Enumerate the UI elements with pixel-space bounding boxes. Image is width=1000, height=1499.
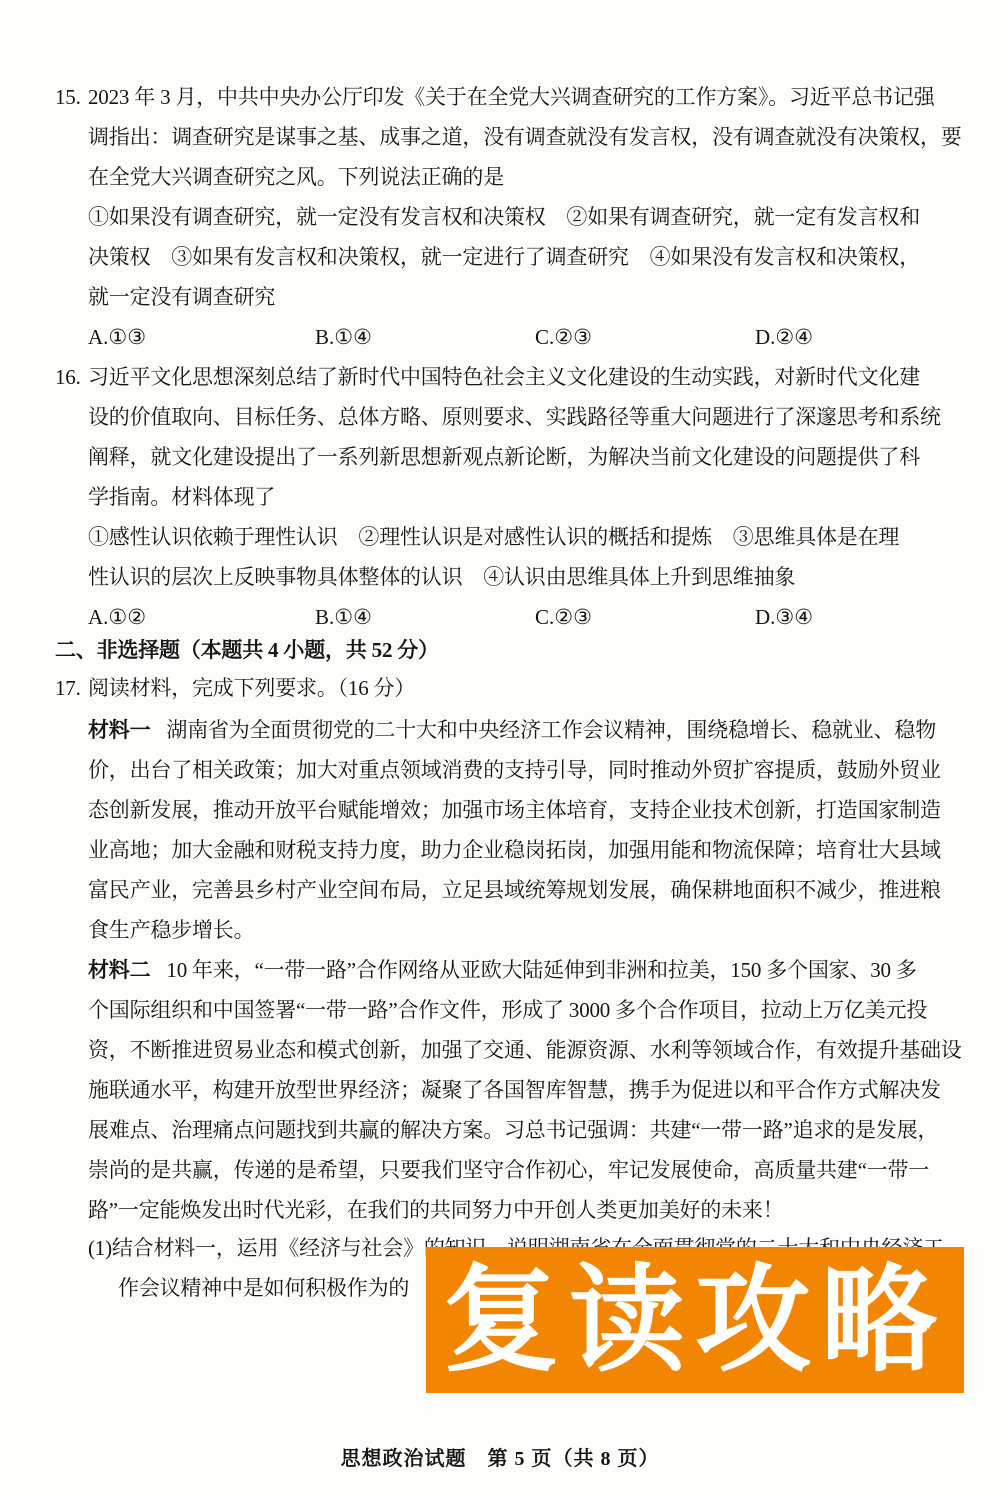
- material-2-line: 个国际组织和中国签署“一带一路”合作文件，形成了 3000 多个合作项目，拉动上…: [88, 990, 965, 1030]
- material-1-line: 富民产业，完善县乡村产业空间布局，立足县域统筹规划发展，确保耕地面积不减少，推进…: [88, 870, 965, 910]
- watermark-text: 复读攻略: [443, 1247, 947, 1393]
- material-2-line: 资，不断推进贸易业态和模式创新，加强了交通、能源资源、水利等领域合作，有效提升基…: [88, 1030, 965, 1070]
- material-2-label: 材料二: [88, 958, 150, 982]
- material-1-line: 价，出台了相关政策；加大对重点领域消费的支持引导，同时推动外贸扩容提质，鼓励外贸…: [88, 750, 965, 790]
- question-15-line: ①如果没有调查研究，就一定没有发言权和决策权 ②如果有调查研究，就一定有发言权和: [55, 197, 965, 237]
- question-17-intro-block: 17.阅读材料，完成下列要求。（16 分）: [55, 668, 965, 708]
- question-16-line: 阐释，就文化建设提出了一系列新思想新观点新论断，为解决当前文化建设的问题提供了科: [55, 437, 965, 477]
- question-15-line: 调指出：调查研究是谋事之基、成事之道，没有调查就没有发言权，没有调查就没有决策权…: [55, 117, 965, 157]
- material-2-line: 材料二10 年来，“一带一路”合作网络从亚欧大陆延伸到非洲和拉美，150 多个国…: [88, 950, 965, 990]
- material-1-line: 食生产稳步增长。: [88, 910, 965, 950]
- question-15-options: A.①③ B.①④ C.②③ D.②④: [55, 317, 965, 357]
- question-15-text: 2023 年 3 月，中共中央办公厅印发《关于在全党大兴调查研究的工作方案》。习…: [88, 85, 935, 109]
- question-15-option-c: C.②③: [535, 317, 592, 357]
- question-16-line: 16.习近平文化思想深刻总结了新时代中国特色社会主义文化建设的生动实践，对新时代…: [55, 357, 965, 397]
- question-15-option-d: D.②④: [755, 317, 813, 357]
- watermark-overlay: 复读攻略: [426, 1247, 964, 1393]
- material-1-label: 材料一: [88, 718, 150, 742]
- question-16-line: ①感性认识依赖于理性认识 ②理性认识是对感性认识的概括和提炼 ③思维具体是在理: [55, 517, 965, 557]
- material-2-line: 展难点、治理痛点问题找到共赢的解决方案。习总书记强调：共建“一带一路”追求的是发…: [88, 1110, 965, 1150]
- question-16: 16.习近平文化思想深刻总结了新时代中国特色社会主义文化建设的生动实践，对新时代…: [55, 357, 965, 637]
- question-15-line: 就一定没有调查研究: [55, 277, 965, 317]
- page-footer: 思想政治试题 第 5 页（共 8 页）: [0, 1442, 1000, 1471]
- question-17-intro: 阅读材料，完成下列要求。（16 分）: [88, 676, 415, 700]
- question-15-line: 15.2023 年 3 月，中共中央办公厅印发《关于在全党大兴调查研究的工作方案…: [55, 77, 965, 117]
- question-16-number: 16.: [55, 357, 88, 397]
- section-2-heading: 二、非选择题（本题共 4 小题，共 52 分）: [55, 630, 965, 670]
- material-1-text: 湖南省为全面贯彻党的二十大和中央经济工作会议精神，围绕稳增长、稳就业、稳物: [166, 718, 936, 742]
- material-1-line: 材料一湖南省为全面贯彻党的二十大和中央经济工作会议精神，围绕稳增长、稳就业、稳物: [88, 710, 965, 750]
- exam-paper-page: 15.2023 年 3 月，中共中央办公厅印发《关于在全党大兴调查研究的工作方案…: [0, 0, 1000, 1499]
- material-2-line: 路”一定能焕发出时代光彩，在我们的共同努力中开创人类更加美好的未来！: [88, 1190, 965, 1230]
- question-17-number: 17.: [55, 668, 88, 708]
- material-1-line: 态创新发展，推动开放平台赋能增效；加强市场主体培育，支持企业技术创新，打造国家制…: [88, 790, 965, 830]
- question-15-line: 在全党大兴调查研究之风。下列说法正确的是: [55, 157, 965, 197]
- question-15-option-a: A.①③: [88, 317, 146, 357]
- material-2-line: 崇尚的是共赢，传递的是希望，只要我们坚守合作初心，牢记发展使命，高质量共建“一带…: [88, 1150, 965, 1190]
- section-2-heading-block: 二、非选择题（本题共 4 小题，共 52 分）: [55, 630, 965, 670]
- question-15: 15.2023 年 3 月，中共中央办公厅印发《关于在全党大兴调查研究的工作方案…: [55, 77, 965, 357]
- question-16-line: 学指南。材料体现了: [55, 477, 965, 517]
- material-2: 材料二10 年来，“一带一路”合作网络从亚欧大陆延伸到非洲和拉美，150 多个国…: [88, 950, 965, 1230]
- material-1-line: 业高地；加大金融和财税支持力度，助力企业稳岗拓岗，加强用能和物流保障；培育壮大县…: [88, 830, 965, 870]
- material-1: 材料一湖南省为全面贯彻党的二十大和中央经济工作会议精神，围绕稳增长、稳就业、稳物…: [88, 710, 965, 950]
- question-16-line: 设的价值取向、目标任务、总体方略、原则要求、实践路径等重大问题进行了深邃思考和系…: [55, 397, 965, 437]
- question-16-text: 习近平文化思想深刻总结了新时代中国特色社会主义文化建设的生动实践，对新时代文化建: [88, 365, 920, 389]
- question-17-intro-line: 17.阅读材料，完成下列要求。（16 分）: [55, 668, 965, 708]
- material-2-line: 施联通水平，构建开放型世界经济；凝聚了各国智库智慧，携手为促进以和平合作方式解决…: [88, 1070, 965, 1110]
- question-15-option-b: B.①④: [315, 317, 372, 357]
- material-2-text: 10 年来，“一带一路”合作网络从亚欧大陆延伸到非洲和拉美，150 多个国家、3…: [166, 958, 916, 982]
- question-15-number: 15.: [55, 77, 88, 117]
- question-15-line: 决策权 ③如果有发言权和决策权，就一定进行了调查研究 ④如果没有发言权和决策权，: [55, 237, 965, 277]
- question-16-line: 性认识的层次上反映事物具体整体的认识 ④认识由思维具体上升到思维抽象: [55, 557, 965, 597]
